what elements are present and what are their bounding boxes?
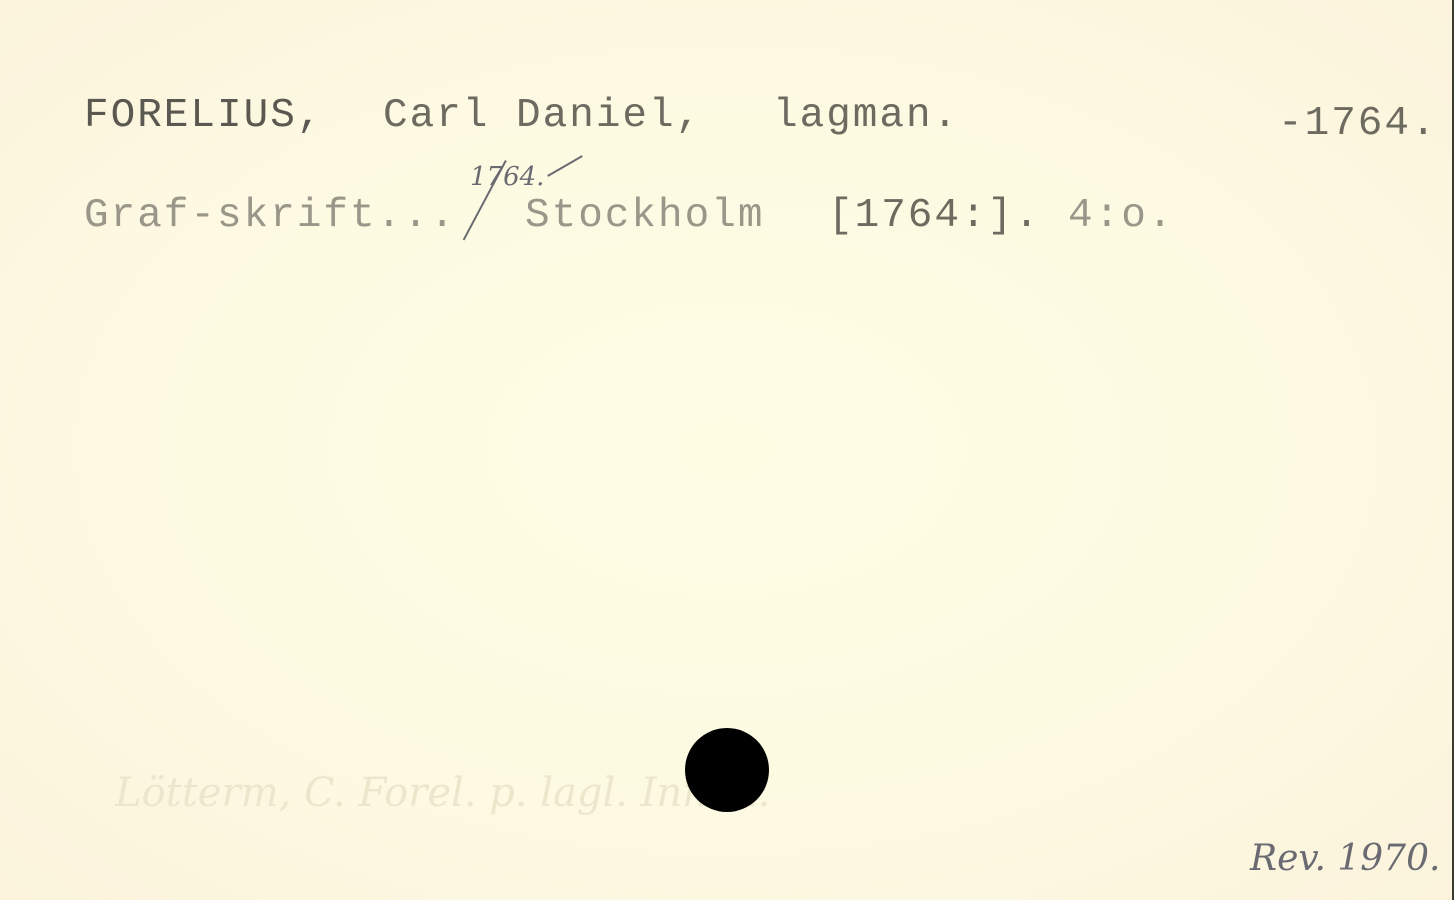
revision-note: Rev. 1970. <box>1250 838 1440 879</box>
heading-death-year: -1764. <box>1278 104 1438 145</box>
heading-title: lagman. <box>773 96 959 137</box>
entry-year: [1764:]. <box>828 196 1041 237</box>
catalog-card: FORELIUS, Carl Daniel, lagman. -1764. 17… <box>0 0 1454 900</box>
punch-hole <box>685 728 769 812</box>
handwritten-year: 1764. <box>470 162 544 192</box>
heading-surname: FORELIUS, <box>84 96 323 137</box>
heading-given-names: Carl Daniel, <box>383 96 702 137</box>
entry-title: Graf-skrift... <box>84 196 456 237</box>
entry-format: 4:o. <box>1068 196 1174 237</box>
faint-handwriting: Lötterm, C. Forel. p. lagl. Inneh. <box>115 770 770 816</box>
entry-place: Stockholm <box>525 196 764 237</box>
pencil-stroke <box>547 155 583 177</box>
